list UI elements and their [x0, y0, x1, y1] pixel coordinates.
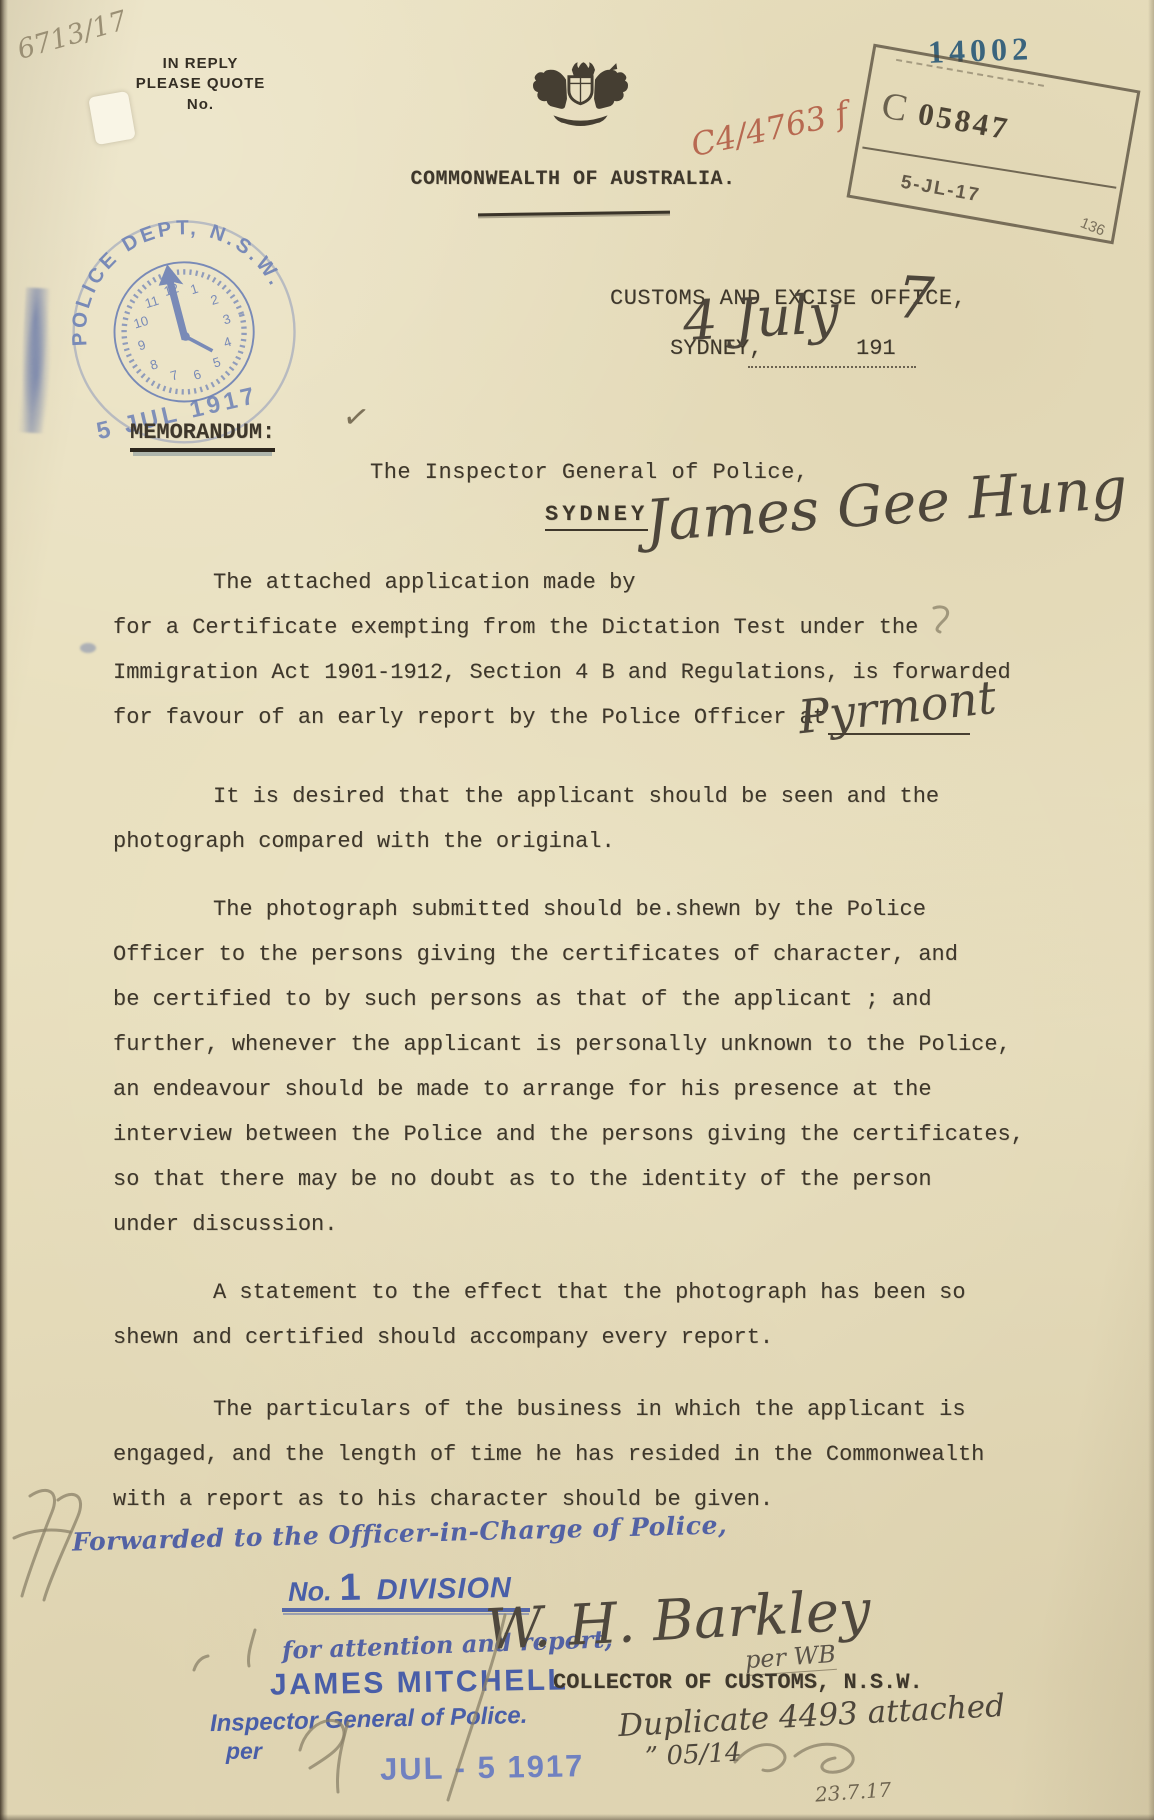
pencil-scribble-over-stamps [180, 1600, 560, 1815]
paragraph-2: It is desired that the applicant should … [113, 774, 1043, 864]
coat-of-arms-graphic [508, 58, 653, 136]
svg-text:9: 9 [136, 337, 147, 353]
svg-text:1: 1 [188, 281, 199, 297]
memorandum-heading: MEMORANDUM: [130, 420, 275, 452]
paragraph-4: A statement to the effect that the photo… [113, 1270, 1043, 1360]
place-blank-underline [828, 733, 970, 735]
blue-ink-dot [80, 643, 96, 653]
pencil-mark-right-margin [920, 600, 970, 640]
document-title: COMMONWEALTH OF AUSTRALIA. [408, 168, 738, 191]
red-ink-file-reference: C4/4763 f [688, 94, 852, 164]
in-reply-quote-note: IN REPLY PLEASE QUOTE No. [128, 54, 273, 115]
clock-hand-tail [186, 330, 213, 357]
registry-stamp-code: C05847 [878, 83, 1014, 149]
paper-edge-bottom [0, 1814, 1154, 1820]
svg-text:8: 8 [148, 356, 159, 372]
date-dotted-rule [748, 366, 916, 368]
scanned-memorandum-page: 6713/17 IN REPLY PLEASE QUOTE No. COMMON… [0, 0, 1154, 1820]
paragraph-5: The particulars of the business in which… [113, 1387, 1043, 1522]
svg-text:5: 5 [211, 354, 222, 370]
handwritten-year-digit: 7 [895, 263, 935, 333]
addressee-city: SYDNEY [545, 502, 648, 531]
svg-text:4: 4 [222, 334, 233, 350]
paper-edge-right [1148, 0, 1154, 1820]
registry-stamp-number: 05847 [916, 96, 1013, 147]
coat-of-arms [508, 58, 653, 141]
collector-title: COLLECTOR OF CUSTOMS, N.S.W. [553, 1670, 923, 1695]
svg-text:6: 6 [191, 366, 202, 382]
svg-text:10: 10 [132, 313, 150, 332]
handwritten-date: 4 July [681, 282, 840, 353]
registry-stamp-date: 5-JL-17 [899, 172, 982, 208]
svg-text:11: 11 [143, 293, 160, 311]
pencil-file-number: 6713/17 [14, 5, 130, 66]
registry-date-stamp: C05847 5-JL-17 136 [847, 44, 1141, 245]
title-rule [478, 211, 670, 217]
blue-ink-smudge [18, 287, 54, 433]
pencil-scribble-left-margin [0, 1478, 120, 1608]
pencil-checkmark: ✓ [341, 394, 370, 440]
registry-stamp-extra: 136 [1078, 214, 1108, 239]
registry-stamp-prefix: C [878, 84, 910, 130]
year-printed: 191 [856, 336, 896, 361]
svg-text:3: 3 [221, 311, 232, 327]
svg-text:2: 2 [209, 291, 220, 307]
paragraph-3: The photograph submitted should be.shewn… [113, 887, 1043, 1247]
svg-text:7: 7 [168, 367, 179, 383]
pencil-scribble-after-note [725, 1730, 885, 1790]
